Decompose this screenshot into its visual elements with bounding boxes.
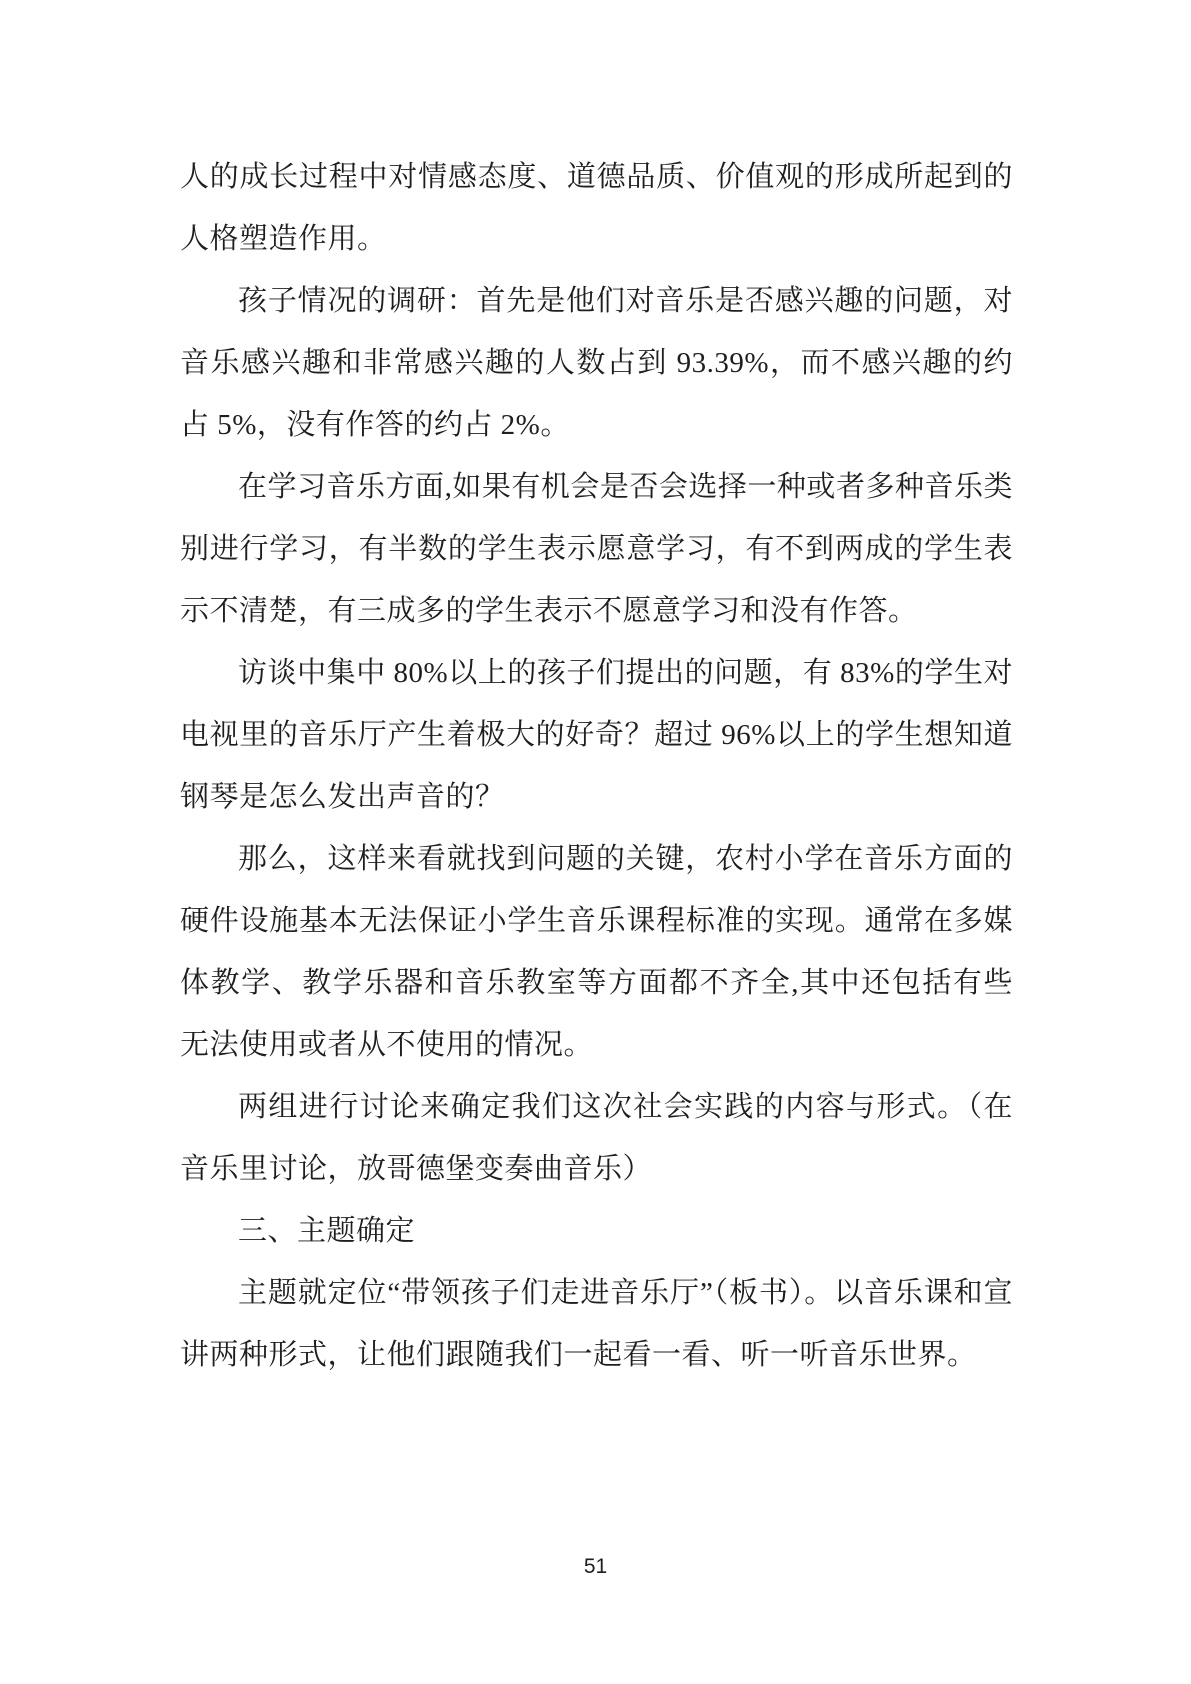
paragraph: 孩子情况的调研：首先是他们对音乐是否感兴趣的问题，对音乐感兴趣和非常感兴趣的人数… [180,270,1013,456]
paragraph: 人的成长过程中对情感态度、道德品质、价值观的形成所起到的人格塑造作用。 [180,146,1013,270]
document-page: 人的成长过程中对情感态度、道德品质、价值观的形成所起到的人格塑造作用。 孩子情况… [0,0,1191,1684]
page-number: 51 [584,1555,607,1578]
paragraph: 那么，这样来看就找到问题的关键，农村小学在音乐方面的硬件设施基本无法保证小学生音… [180,828,1013,1076]
page-footer: 51 [0,1552,1191,1582]
paragraph: 两组进行讨论来确定我们这次社会实践的内容与形式。（在音乐里讨论，放哥德堡变奏曲音… [180,1076,1013,1200]
paragraph: 在学习音乐方面,如果有机会是否会选择一种或者多种音乐类别进行学习，有半数的学生表… [180,456,1013,642]
paragraph: 主题就定位“带领孩子们走进音乐厅”（板书）。以音乐课和宣讲两种形式，让他们跟随我… [180,1262,1013,1386]
document-body: 人的成长过程中对情感态度、道德品质、价值观的形成所起到的人格塑造作用。 孩子情况… [180,146,1013,1386]
paragraph: 三、主题确定 [180,1200,1013,1262]
paragraph: 访谈中集中 80%以上的孩子们提出的问题，有 83%的学生对电视里的音乐厅产生着… [180,642,1013,828]
